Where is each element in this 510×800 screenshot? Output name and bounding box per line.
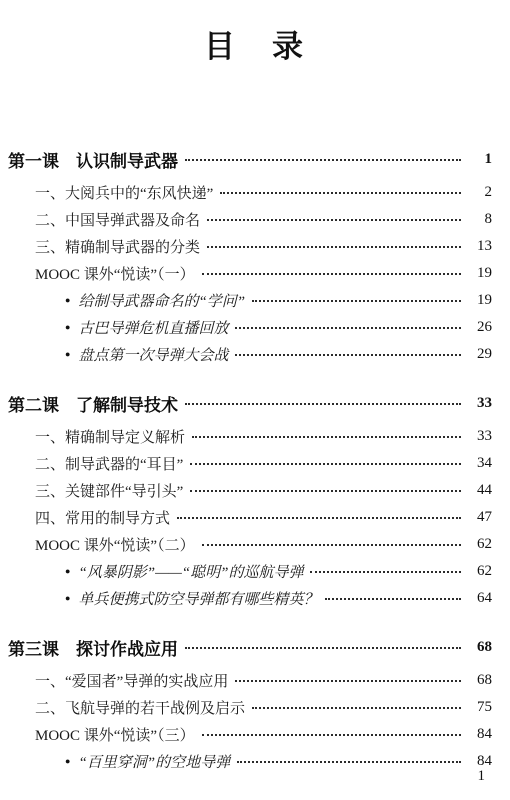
toc-item-title: 给制导武器命名的“学问” (78, 290, 245, 311)
dot-leader (235, 354, 461, 356)
chapter-title: 第三课 探讨作战应用 (8, 635, 178, 660)
toc-section: 第三课 探讨作战应用 68 一、“爱国者”导弹的实战应用 68 二、飞航导弹的若… (8, 634, 492, 775)
toc-item-title: 三、精确制导武器的分类 (35, 236, 200, 257)
toc-item-title: 三、关键部件“导引头” (35, 480, 183, 501)
toc-item-page-number: 13 (466, 238, 492, 255)
toc-chapter-row: 第二课 了解制导技术 33 (8, 390, 492, 417)
toc-chapter-row: 第一课 认识制导武器 1 (8, 146, 492, 173)
toc-chapter-row: 第三课 探讨作战应用 68 (8, 634, 492, 661)
dot-leader (185, 403, 461, 405)
toc-item-page-number: 19 (466, 292, 492, 309)
bullet-icon: ● (65, 350, 70, 359)
toc-item-page-number: 34 (466, 455, 492, 472)
dot-leader (252, 300, 461, 302)
toc-item-row: 一、精确制导定义解析 33 (8, 423, 492, 450)
toc-item-page-number: 62 (466, 536, 492, 553)
dot-leader (185, 647, 461, 649)
dot-leader (325, 598, 461, 600)
toc-item-page-number: 62 (466, 563, 492, 580)
toc-item-title: 二、中国导弹武器及命名 (35, 209, 200, 230)
toc-bullet-row: ● “风暴阴影”——“聪明”的巡航导弹 62 (8, 558, 492, 585)
toc-item-title: MOOC 课外“悦读”（二） (35, 534, 195, 555)
toc-item-row: 二、制导武器的“耳目” 34 (8, 450, 492, 477)
toc-item-page-number: 33 (466, 428, 492, 445)
toc-section: 第一课 认识制导武器 1 一、大阅兵中的“东风快递” 2 二、中国导弹武器及命名… (8, 146, 492, 368)
bullet-icon: ● (65, 567, 70, 576)
toc-item-row: 一、“爱国者”导弹的实战应用 68 (8, 667, 492, 694)
toc-item-row: 二、飞航导弹的若干战例及启示 75 (8, 694, 492, 721)
toc-item-page-number: 68 (466, 672, 492, 689)
bullet-icon: ● (65, 757, 70, 766)
table-of-contents: 第一课 认识制导武器 1 一、大阅兵中的“东风快递” 2 二、中国导弹武器及命名… (8, 146, 492, 775)
page-title: 目 录 (0, 0, 510, 66)
toc-item-row: 一、大阅兵中的“东风快递” 2 (8, 179, 492, 206)
chapter-title: 第一课 认识制导武器 (8, 147, 178, 172)
toc-item-page-number: 19 (466, 265, 492, 282)
toc-item-title: 盘点第一次导弹大会战 (78, 344, 228, 365)
toc-item-title: 单兵便携式防空导弹都有哪些精英？ (78, 588, 318, 609)
dot-leader (220, 192, 461, 194)
toc-bullet-row: ● “百里穿洞”的空地导弹 84 (8, 748, 492, 775)
toc-item-title: 古巴导弹危机直播回放 (78, 317, 228, 338)
toc-item-title: MOOC 课外“悦读”（一） (35, 263, 195, 284)
toc-item-title: 一、精确制导定义解析 (35, 426, 185, 447)
dot-leader (202, 734, 461, 736)
toc-item-title: 一、大阅兵中的“东风快递” (35, 182, 213, 203)
toc-item-page-number: 29 (466, 346, 492, 363)
toc-item-row: 三、精确制导武器的分类 13 (8, 233, 492, 260)
toc-item-title: 一、“爱国者”导弹的实战应用 (35, 670, 228, 691)
dot-leader (190, 490, 461, 492)
dot-leader (202, 273, 461, 275)
dot-leader (202, 544, 461, 546)
toc-item-row: 二、中国导弹武器及命名 8 (8, 206, 492, 233)
chapter-title: 第二课 了解制导技术 (8, 391, 178, 416)
toc-item-title: 二、制导武器的“耳目” (35, 453, 183, 474)
dot-leader (207, 246, 461, 248)
toc-item-page-number: 2 (466, 184, 492, 201)
dot-leader (235, 327, 461, 329)
dot-leader (185, 159, 461, 161)
dot-leader (177, 517, 461, 519)
toc-item-title: 二、飞航导弹的若干战例及启示 (35, 697, 245, 718)
toc-item-page-number: 64 (466, 590, 492, 607)
toc-item-title: “百里穿洞”的空地导弹 (78, 751, 230, 772)
dot-leader (237, 761, 461, 763)
toc-mooc-row: MOOC 课外“悦读”（三） 84 (8, 721, 492, 748)
toc-item-page-number: 8 (466, 211, 492, 228)
toc-bullet-row: ● 给制导武器命名的“学问” 19 (8, 287, 492, 314)
folio-page-number: 1 (478, 768, 486, 785)
toc-item-page-number: 44 (466, 482, 492, 499)
toc-mooc-row: MOOC 课外“悦读”（二） 62 (8, 531, 492, 558)
bullet-icon: ● (65, 594, 70, 603)
chapter-page-number: 1 (466, 151, 492, 168)
toc-item-page-number: 75 (466, 699, 492, 716)
toc-item-title: “风暴阴影”——“聪明”的巡航导弹 (78, 561, 303, 582)
toc-item-row: 三、关键部件“导引头” 44 (8, 477, 492, 504)
toc-section: 第二课 了解制导技术 33 一、精确制导定义解析 33 二、制导武器的“耳目” … (8, 390, 492, 612)
toc-page: 目 录 第一课 认识制导武器 1 一、大阅兵中的“东风快递” 2 二、中国导弹武… (0, 0, 510, 800)
toc-item-row: 四、常用的制导方式 47 (8, 504, 492, 531)
toc-item-page-number: 26 (466, 319, 492, 336)
dot-leader (235, 680, 461, 682)
toc-bullet-row: ● 古巴导弹危机直播回放 26 (8, 314, 492, 341)
chapter-page-number: 68 (466, 639, 492, 656)
dot-leader (207, 219, 461, 221)
bullet-icon: ● (65, 296, 70, 305)
toc-mooc-row: MOOC 课外“悦读”（一） 19 (8, 260, 492, 287)
dot-leader (310, 571, 461, 573)
toc-bullet-row: ● 单兵便携式防空导弹都有哪些精英？ 64 (8, 585, 492, 612)
toc-bullet-row: ● 盘点第一次导弹大会战 29 (8, 341, 492, 368)
dot-leader (192, 436, 461, 438)
toc-item-title: MOOC 课外“悦读”（三） (35, 724, 195, 745)
dot-leader (190, 463, 461, 465)
toc-item-page-number: 47 (466, 509, 492, 526)
chapter-page-number: 33 (466, 395, 492, 412)
dot-leader (252, 707, 461, 709)
toc-item-title: 四、常用的制导方式 (35, 507, 170, 528)
bullet-icon: ● (65, 323, 70, 332)
toc-item-page-number: 84 (466, 726, 492, 743)
